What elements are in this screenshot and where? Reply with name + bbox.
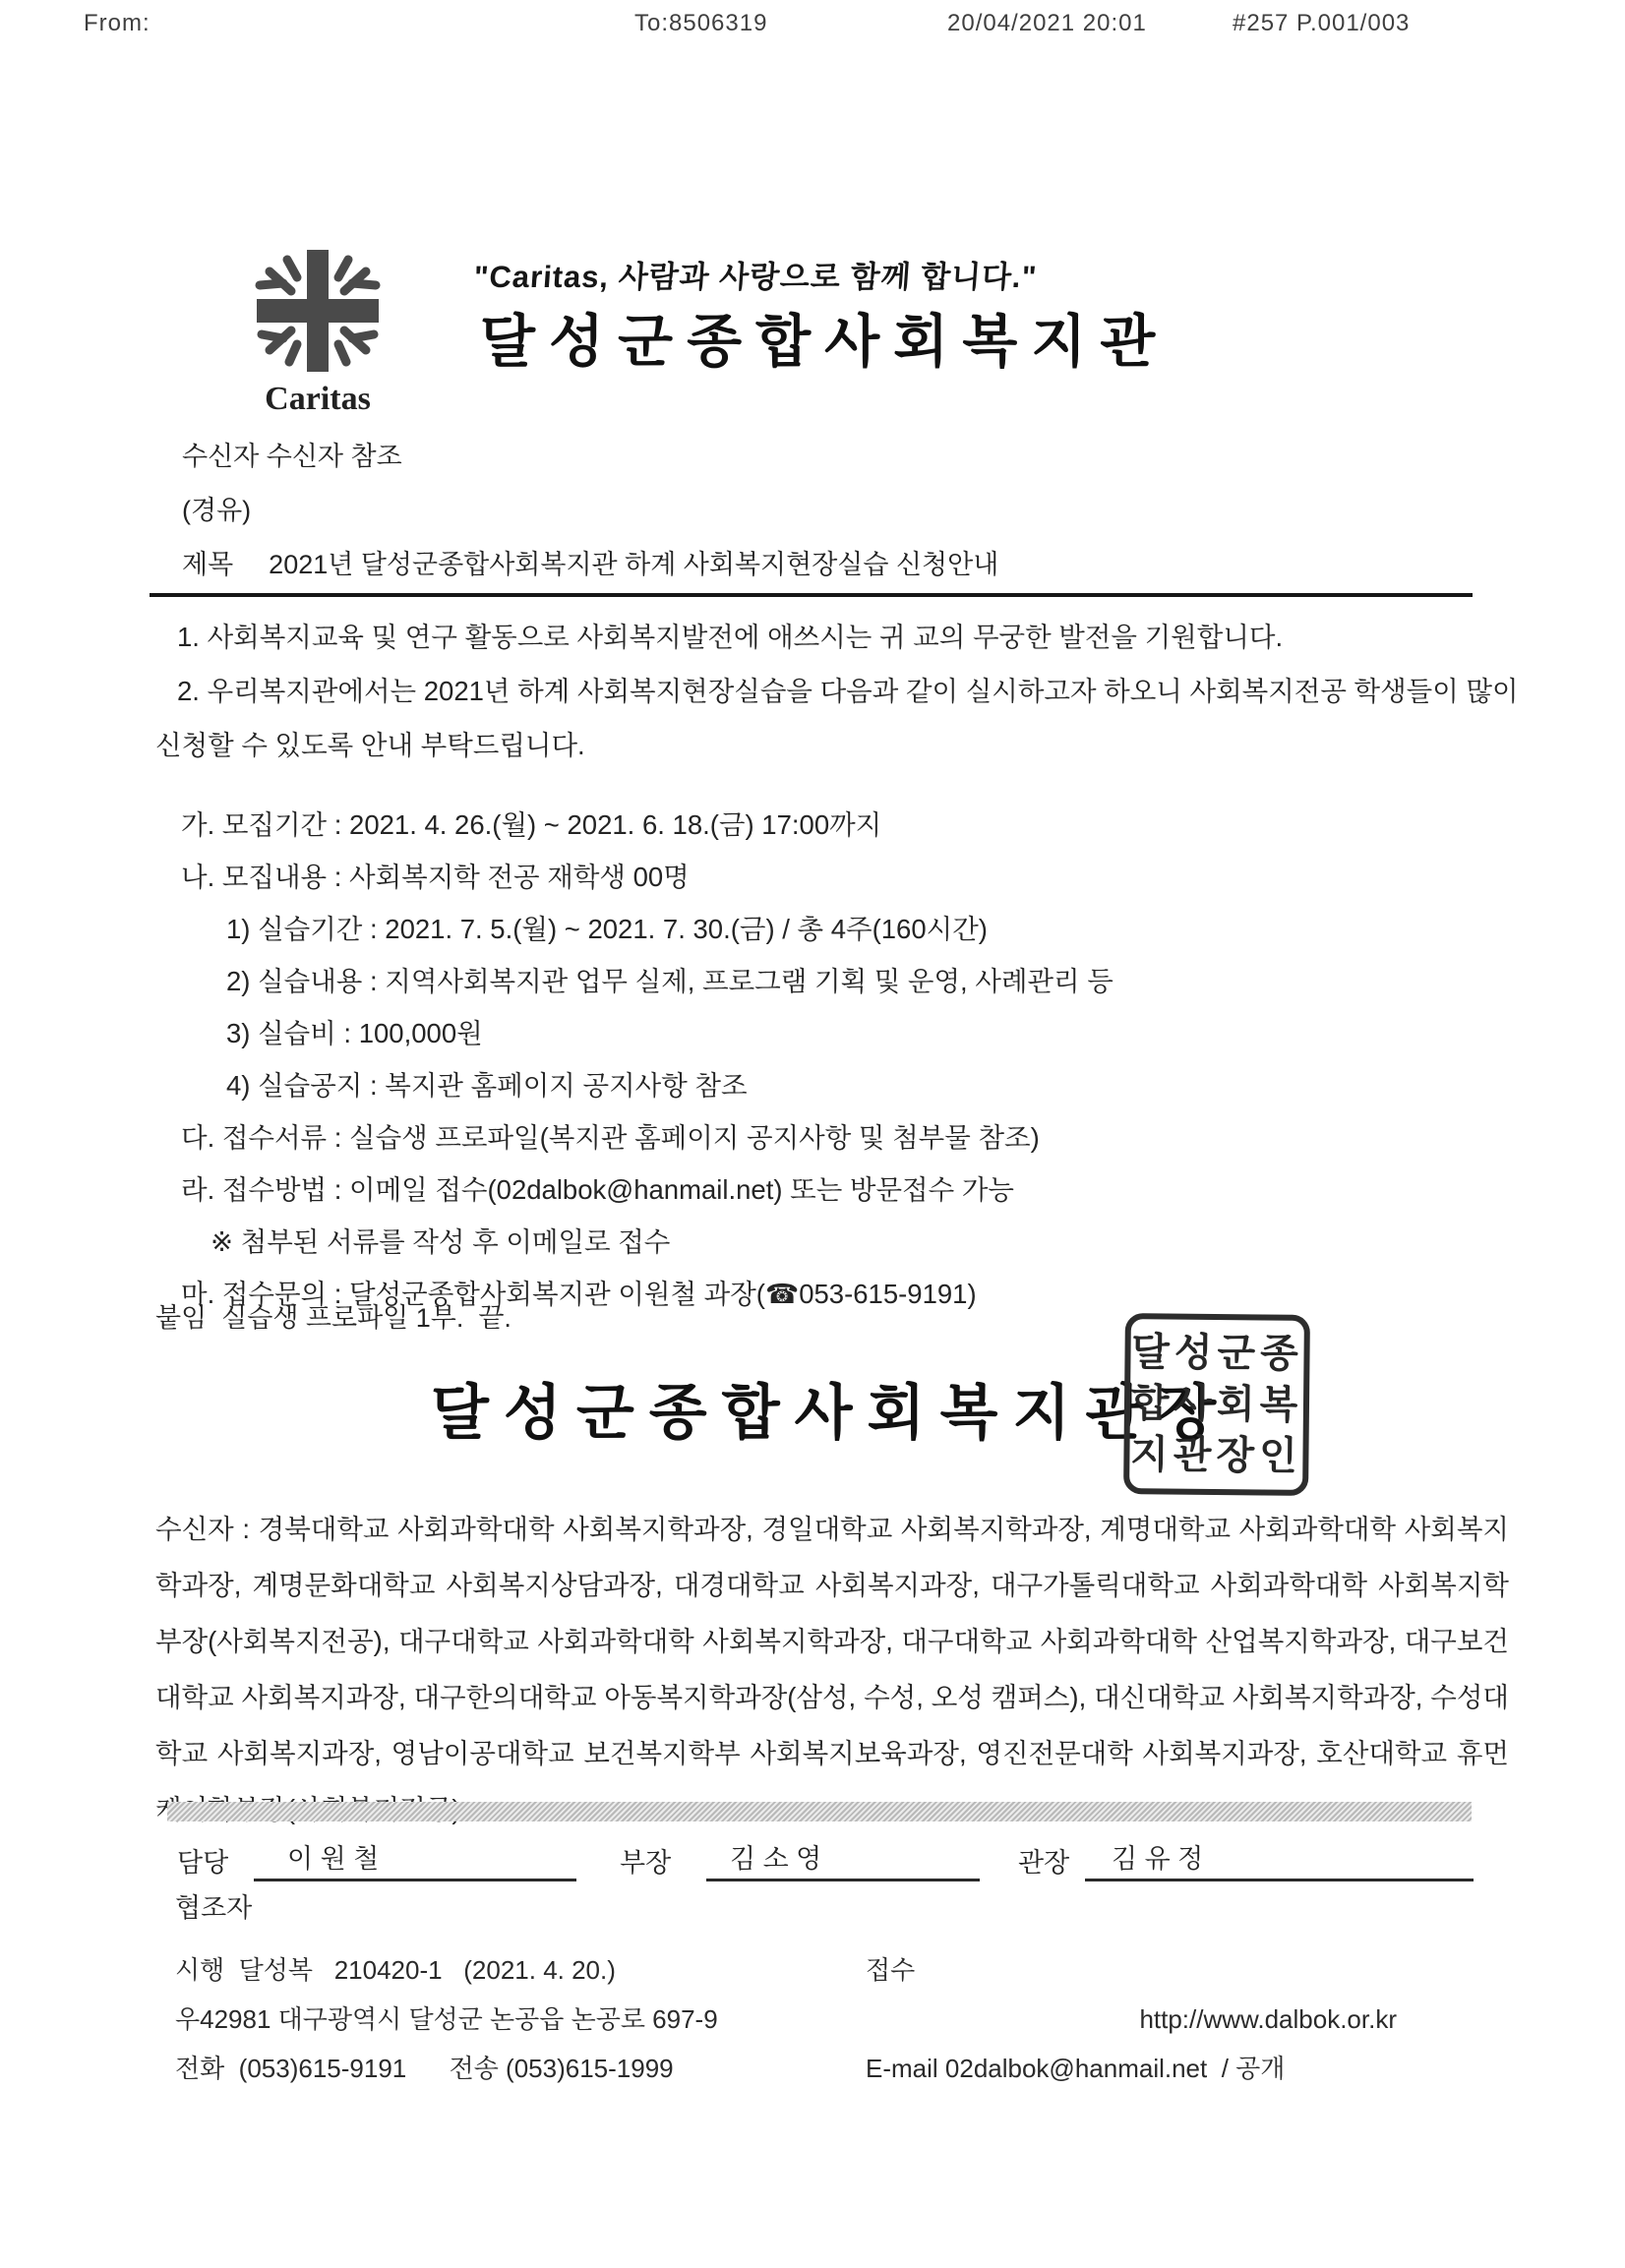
signer-title: 달성군종합사회복지관장 <box>431 1365 1231 1451</box>
fax-page-counter: #257 P.001/003 <box>1233 10 1410 37</box>
caritas-logo: Caritas <box>234 248 401 418</box>
signature-line <box>254 1879 576 1881</box>
stamp-row: 달성군종 <box>1131 1327 1303 1380</box>
subject-divider <box>150 593 1473 597</box>
attachment-note: 붙임 실습생 프로파일 1부. 끝. <box>155 1296 512 1335</box>
list-item: 4) 실습공지 : 복지관 홈페이지 공지사항 참조 <box>155 1059 1523 1111</box>
signature-line <box>1085 1879 1474 1881</box>
stamp-row: 지관장인 <box>1130 1429 1302 1482</box>
detail-list: 가. 모집기간 : 2021. 4. 26.(월) ~ 2021. 6. 18.… <box>155 799 1523 1320</box>
stamp-row: 합사회복 <box>1130 1378 1302 1431</box>
footer-left: 시행 달성복 210420-1 (2021. 4. 20.) 우42981 대구… <box>175 1945 718 2093</box>
approval-block: 담당 이 원 철 부장 김 소 영 관장 김 유 정 협조자 <box>0 1831 1625 1949</box>
fax-from-label: From: <box>84 10 150 37</box>
approval-name: 이 원 철 <box>287 1837 379 1876</box>
approval-name: 김 소 영 <box>730 1837 821 1876</box>
body-paragraphs: 1. 사회복지교육 및 연구 활동으로 사회복지발전에 애쓰시는 귀 교의 무궁… <box>155 610 1521 772</box>
fax-document-page: From: To:8506319 20/04/2021 20:01 #257 P… <box>0 0 1625 2268</box>
issue-line: 시행 달성복 210420-1 (2021. 4. 20.) <box>175 1945 718 1995</box>
website-url: http://www.dalbok.or.kr <box>866 1995 1416 2044</box>
approval-role: 부장 <box>620 1841 671 1880</box>
signature-line <box>706 1879 980 1881</box>
organization-name: 달성군종합사회복지관 <box>480 295 1169 378</box>
list-item: 나. 모집내용 : 사회복지학 전공 재학생 00명 <box>155 851 1523 903</box>
list-item: 가. 모집기간 : 2021. 4. 26.(월) ~ 2021. 6. 18.… <box>155 799 1523 851</box>
recipient-line: 수신자 수신자 참조 <box>182 435 402 473</box>
list-item-note: ※ 첨부된 서류를 작성 후 이메일로 접수 <box>155 1216 1523 1268</box>
official-stamp: 달성군종 합사회복 지관장인 <box>1123 1313 1310 1496</box>
list-item: 2) 실습내용 : 지역사회복지관 업무 실제, 프로그램 기획 및 운영, 사… <box>155 955 1523 1007</box>
recipients-paragraph: 수신자 : 경북대학교 사회과학대학 사회복지학과장, 경일대학교 사회복지학과… <box>155 1501 1509 1837</box>
approval-role: 관장 <box>1018 1841 1069 1880</box>
email-line: E-mail 02dalbok@hanmail.net / 공개 <box>866 2044 1416 2093</box>
slogan-text: "Caritas, 사람과 사랑으로 함께 합니다." <box>472 252 1039 296</box>
address-line: 우42981 대구광역시 달성군 논공읍 논공로 697-9 <box>175 1995 718 2044</box>
subject-text: 2021년 달성군종합사회복지관 하계 사회복지현장실습 신청안내 <box>269 550 998 579</box>
caritas-wordmark: Caritas <box>234 381 401 418</box>
subject-label: 제목 <box>182 550 233 579</box>
via-line: (경유) <box>182 489 251 527</box>
list-item: 다. 접수서류 : 실습생 프로파일(복지관 홈페이지 공지사항 및 첨부물 참… <box>155 1111 1523 1164</box>
list-item: 3) 실습비 : 100,000원 <box>155 1007 1523 1059</box>
halftone-bar <box>167 1802 1472 1821</box>
phone-line: 전화 (053)615-9191 전송 (053)615-1999 <box>175 2044 718 2093</box>
list-item: 라. 접수방법 : 이메일 접수(02dalbok@hanmail.net) 또… <box>155 1164 1523 1216</box>
footer-right: 접수 http://www.dalbok.or.kr E-mail 02dalb… <box>866 1945 1416 2093</box>
caritas-cross-icon <box>240 248 395 374</box>
list-item: 1) 실습기간 : 2021. 7. 5.(월) ~ 2021. 7. 30.(… <box>155 903 1523 955</box>
paragraph-2: 2. 우리복지관에서는 2021년 하계 사회복지현장실습을 다음과 같이 실시… <box>155 664 1521 772</box>
subject-line: 제목2021년 달성군종합사회복지관 하계 사회복지현장실습 신청안내 <box>182 543 998 581</box>
receipt-label: 접수 <box>866 1945 1416 1995</box>
cooperator-label: 협조자 <box>175 1886 252 1925</box>
approval-role: 담당 <box>177 1841 228 1880</box>
approval-name: 김 유 정 <box>1112 1837 1203 1876</box>
paragraph-1: 1. 사회복지교육 및 연구 활동으로 사회복지발전에 애쓰시는 귀 교의 무궁… <box>155 610 1521 664</box>
fax-to-label: To:8506319 <box>634 10 767 37</box>
fax-datetime: 20/04/2021 20:01 <box>947 10 1147 37</box>
